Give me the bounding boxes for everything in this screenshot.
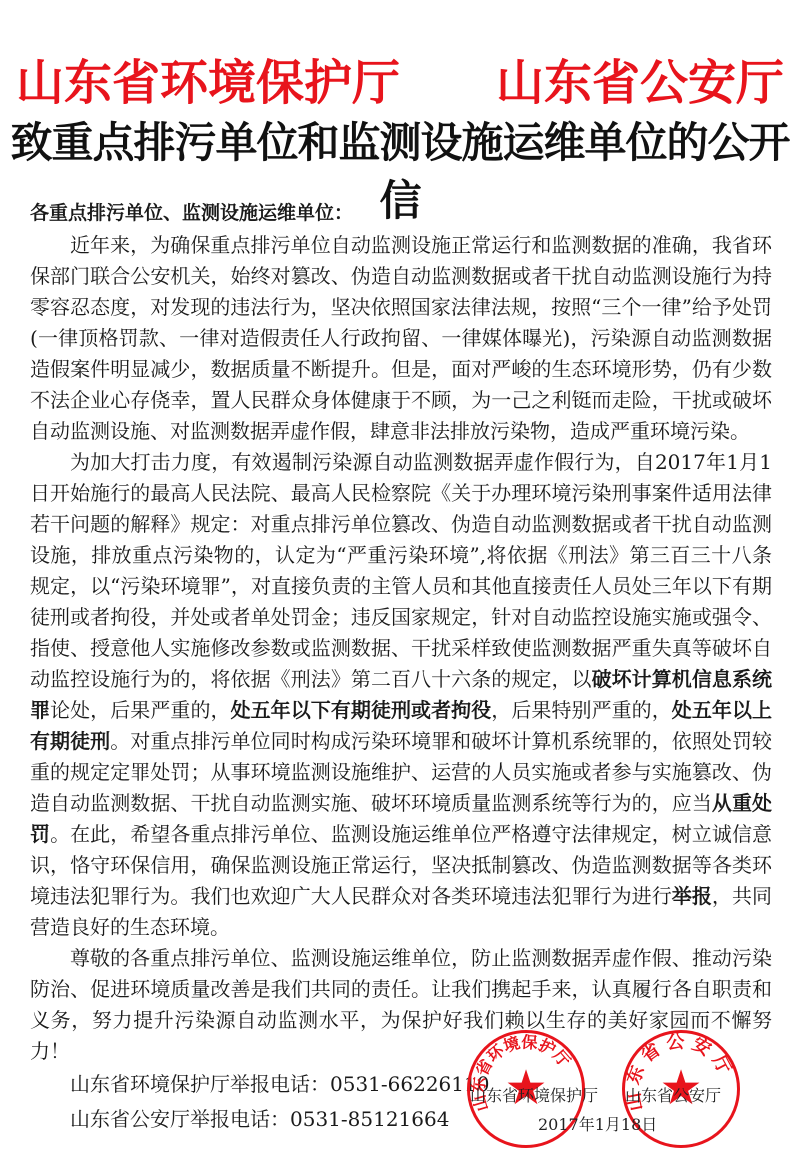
hotline-number: 0531-85121664 bbox=[290, 1107, 449, 1131]
hotline-label: 山东省环境保护厅举报电话： bbox=[70, 1072, 330, 1096]
paragraph-text: 。对重点排污单位同时构成污染环境罪和破坏计算机系统罪的，依照处罚较重的规定定罪处… bbox=[30, 729, 772, 815]
signature-org-environment: 山东省环境保护厅 bbox=[470, 1083, 598, 1106]
emphasis-text: 处五年以下有期徒刑或者拘役 bbox=[231, 698, 492, 722]
letter-body: 各重点排污单位、监测设施运维单位： 近年来，为确保重点排污单位自动监测设施正常运… bbox=[30, 198, 772, 1136]
emphasis-text: 举报 bbox=[672, 884, 712, 908]
hotline-label: 山东省公安厅举报电话： bbox=[70, 1107, 290, 1131]
hotline-number: 0531-66226110 bbox=[330, 1072, 489, 1096]
salutation: 各重点排污单位、监测设施运维单位： bbox=[30, 198, 772, 229]
paragraph-text: 。在此，希望各重点排污单位、监测设施运维单位严格遵守法律规定，树立诚信意识，恪守… bbox=[30, 822, 772, 908]
signature-org-police: 山东省公安厅 bbox=[625, 1083, 721, 1106]
paragraph-2: 为加大打击力度，有效遏制污染源自动监测数据弄虚作假行为，自2017年1月1日开始… bbox=[30, 447, 772, 943]
paragraph-1: 近年来，为确保重点排污单位自动监测设施正常运行和监测数据的准确，我省环保部门联合… bbox=[30, 230, 772, 447]
signature-date: 2017年1月18日 bbox=[538, 1112, 657, 1135]
issuers-heading: 山东省环境保护厅 山东省公安厅 bbox=[0, 52, 800, 114]
paragraph-text: 为加大打击力度，有效遏制污染源自动监测数据弄虚作假行为，自2017年1月1日开始… bbox=[30, 450, 772, 691]
paragraph-text: ，后果特别严重的， bbox=[491, 698, 672, 722]
paragraph-text: 论处，后果严重的， bbox=[50, 698, 231, 722]
paragraph-text: 近年来，为确保重点排污单位自动监测设施正常运行和监测数据的准确，我省环保部门联合… bbox=[30, 233, 772, 443]
